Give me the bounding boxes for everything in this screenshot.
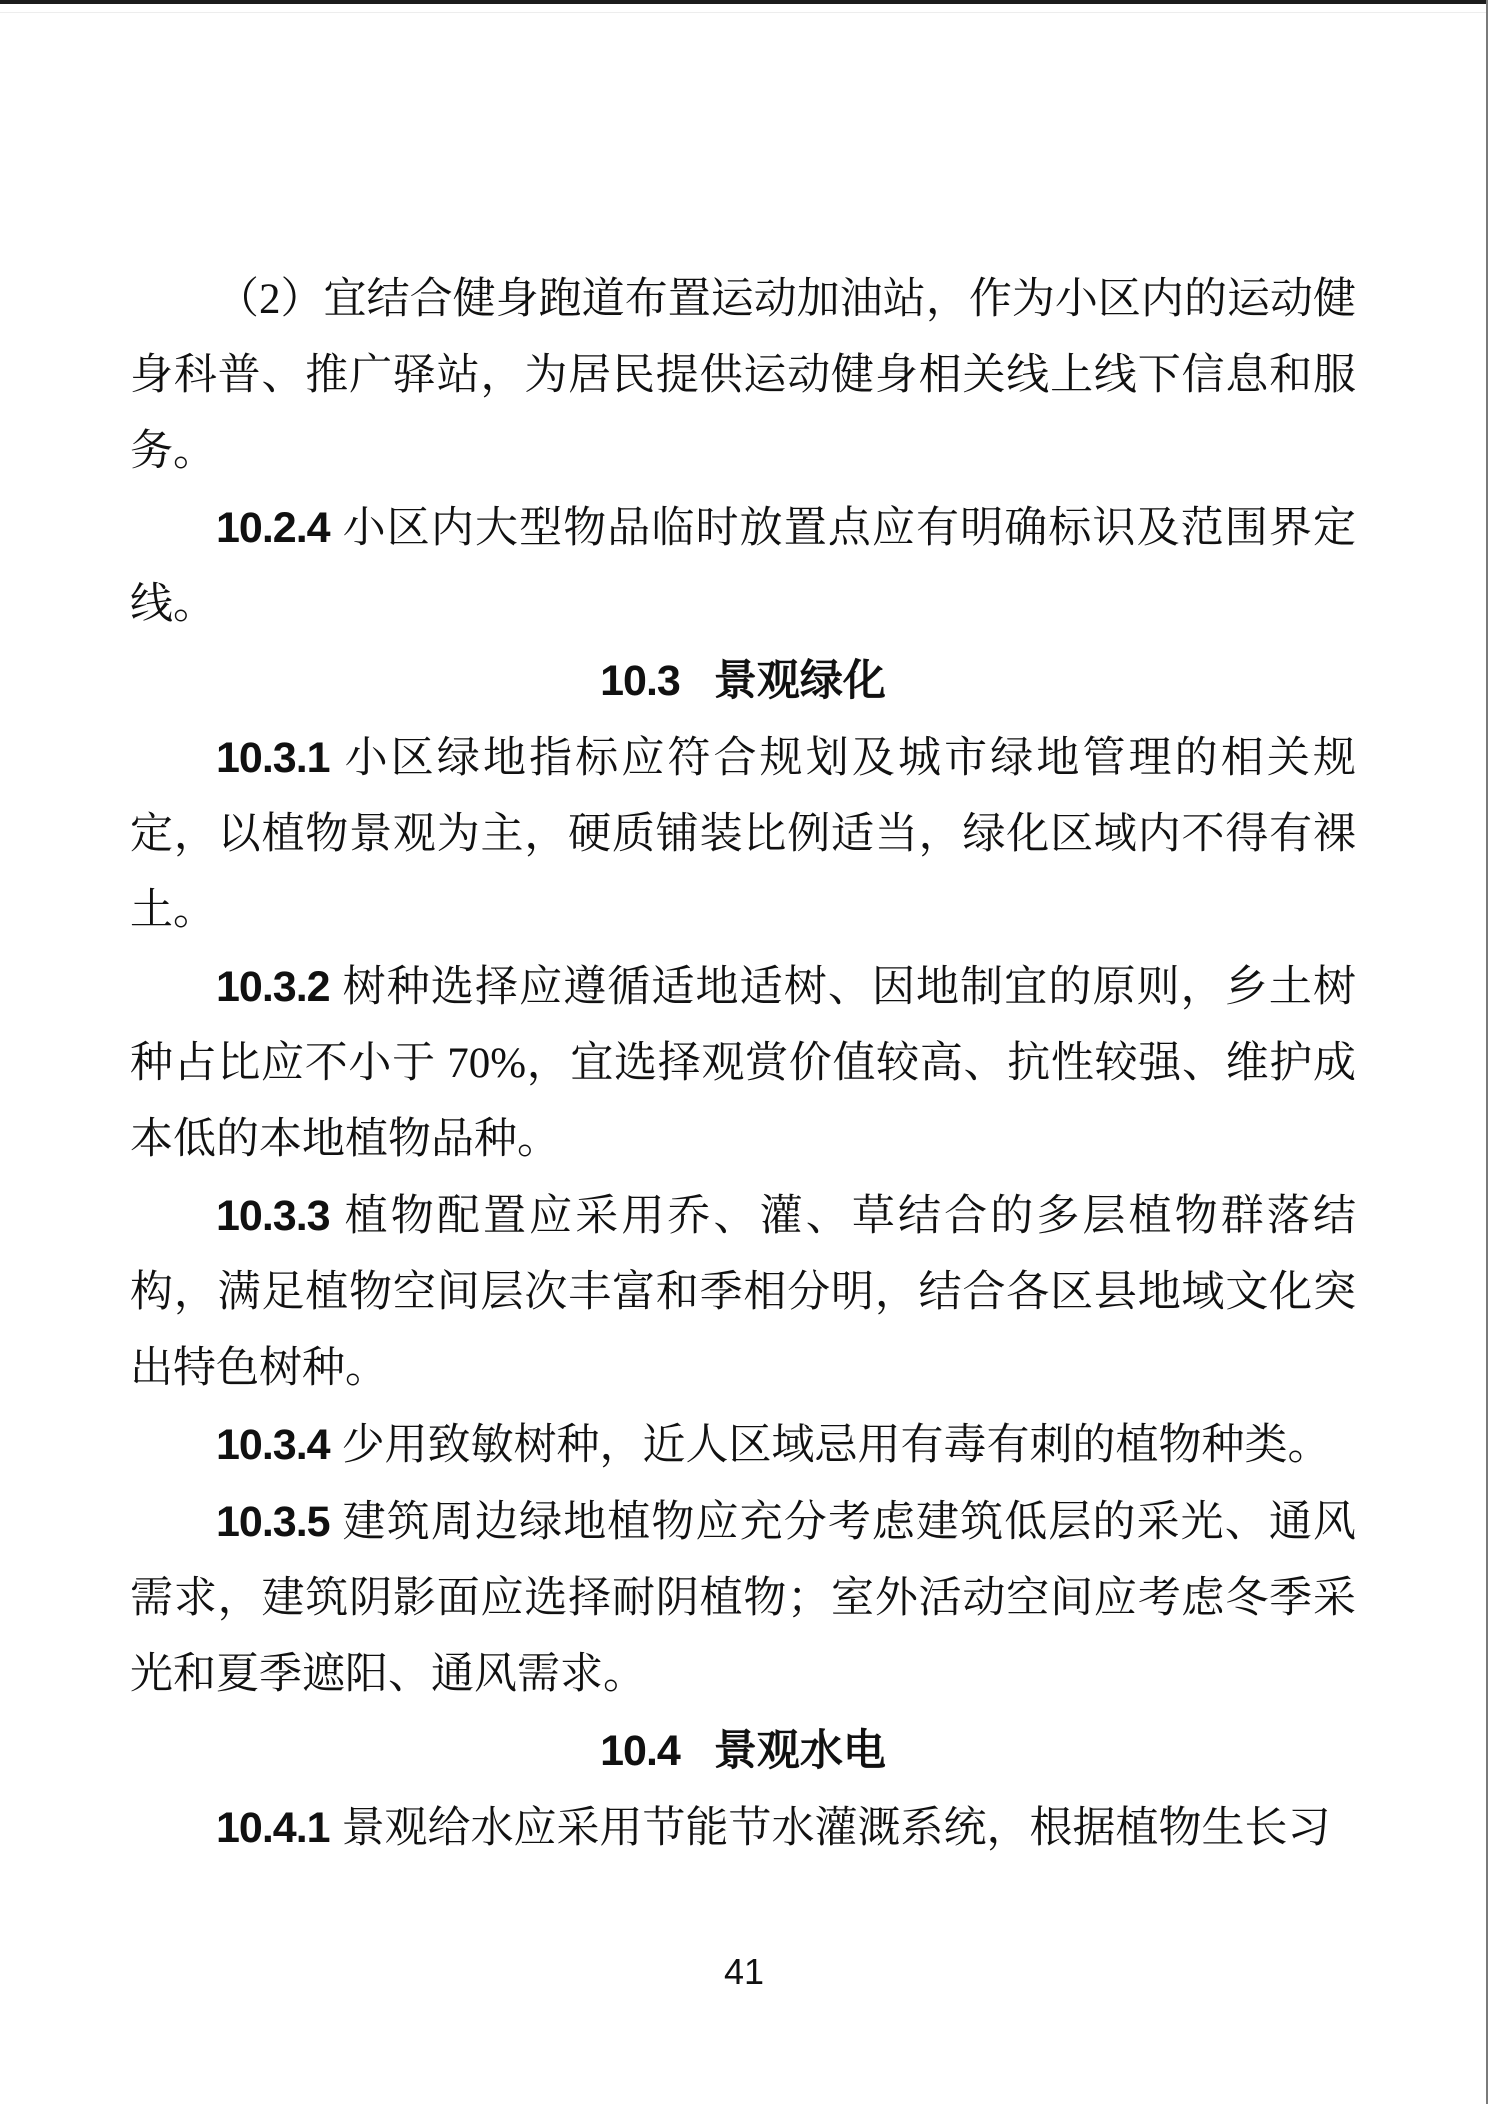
section-heading-title: 景观绿化 <box>714 658 886 705</box>
section-number: 10.3.2 <box>216 963 330 1011</box>
section-heading-number: 10.4 <box>600 1727 680 1775</box>
page-top-border <box>0 0 1488 4</box>
paragraph: （2）宜结合健身跑道布置运动加油站，作为小区内的运动健身科普、推广驿站，为居民提… <box>130 262 1356 490</box>
section-number: 10.3.3 <box>216 1192 330 1240</box>
section-number: 10.3.1 <box>216 734 330 782</box>
paragraph: 10.3.1小区绿地指标应符合规划及城市绿地管理的相关规定，以植物景观为主，硬质… <box>130 720 1356 949</box>
paragraph: 10.3.4少用致敏树种，近人区域忌用有毒有刺的植物种类。 <box>130 1407 1356 1484</box>
paragraph: 10.2.4小区内大型物品临时放置点应有明确标识及范围界定线。 <box>130 490 1356 643</box>
section-number: 10.3.4 <box>216 1421 330 1469</box>
page-top-hairline <box>0 12 1488 13</box>
section-heading-number: 10.3 <box>600 657 680 705</box>
document-page: { "document": { "kind": "standard-specif… <box>0 0 1488 2104</box>
section-heading: 10.3景观绿化 <box>130 643 1356 720</box>
paragraph-text: （2）宜结合健身跑道布置运动加油站，作为小区内的运动健身科普、推广驿站，为居民提… <box>130 276 1356 475</box>
section-number: 10.2.4 <box>216 504 330 552</box>
section-number: 10.3.5 <box>216 1498 330 1546</box>
paragraph: 10.3.5建筑周边绿地植物应充分考虑建筑低层的采光、通风需求，建筑阴影面应选择… <box>130 1484 1356 1713</box>
paragraph-text: 景观给水应采用节能节水灌溉系统，根据植物生长习 <box>342 1805 1331 1852</box>
paragraph-text: 少用致敏树种，近人区域忌用有毒有刺的植物种类。 <box>342 1422 1331 1469</box>
paragraph: 10.3.2树种选择应遵循适地适树、因地制宜的原则，乡土树种占比应不小于 70%… <box>130 949 1356 1178</box>
document-body-text: （2）宜结合健身跑道布置运动加油站，作为小区内的运动健身科普、推广驿站，为居民提… <box>130 262 1356 1867</box>
paragraph: 10.4.1景观给水应采用节能节水灌溉系统，根据植物生长习 <box>130 1790 1356 1867</box>
page-number: 41 <box>0 1950 1488 1994</box>
section-heading-title: 景观水电 <box>714 1728 886 1775</box>
section-number: 10.4.1 <box>216 1804 330 1852</box>
section-heading: 10.4景观水电 <box>130 1713 1356 1790</box>
paragraph: 10.3.3植物配置应采用乔、灌、草结合的多层植物群落结构，满足植物空间层次丰富… <box>130 1178 1356 1407</box>
